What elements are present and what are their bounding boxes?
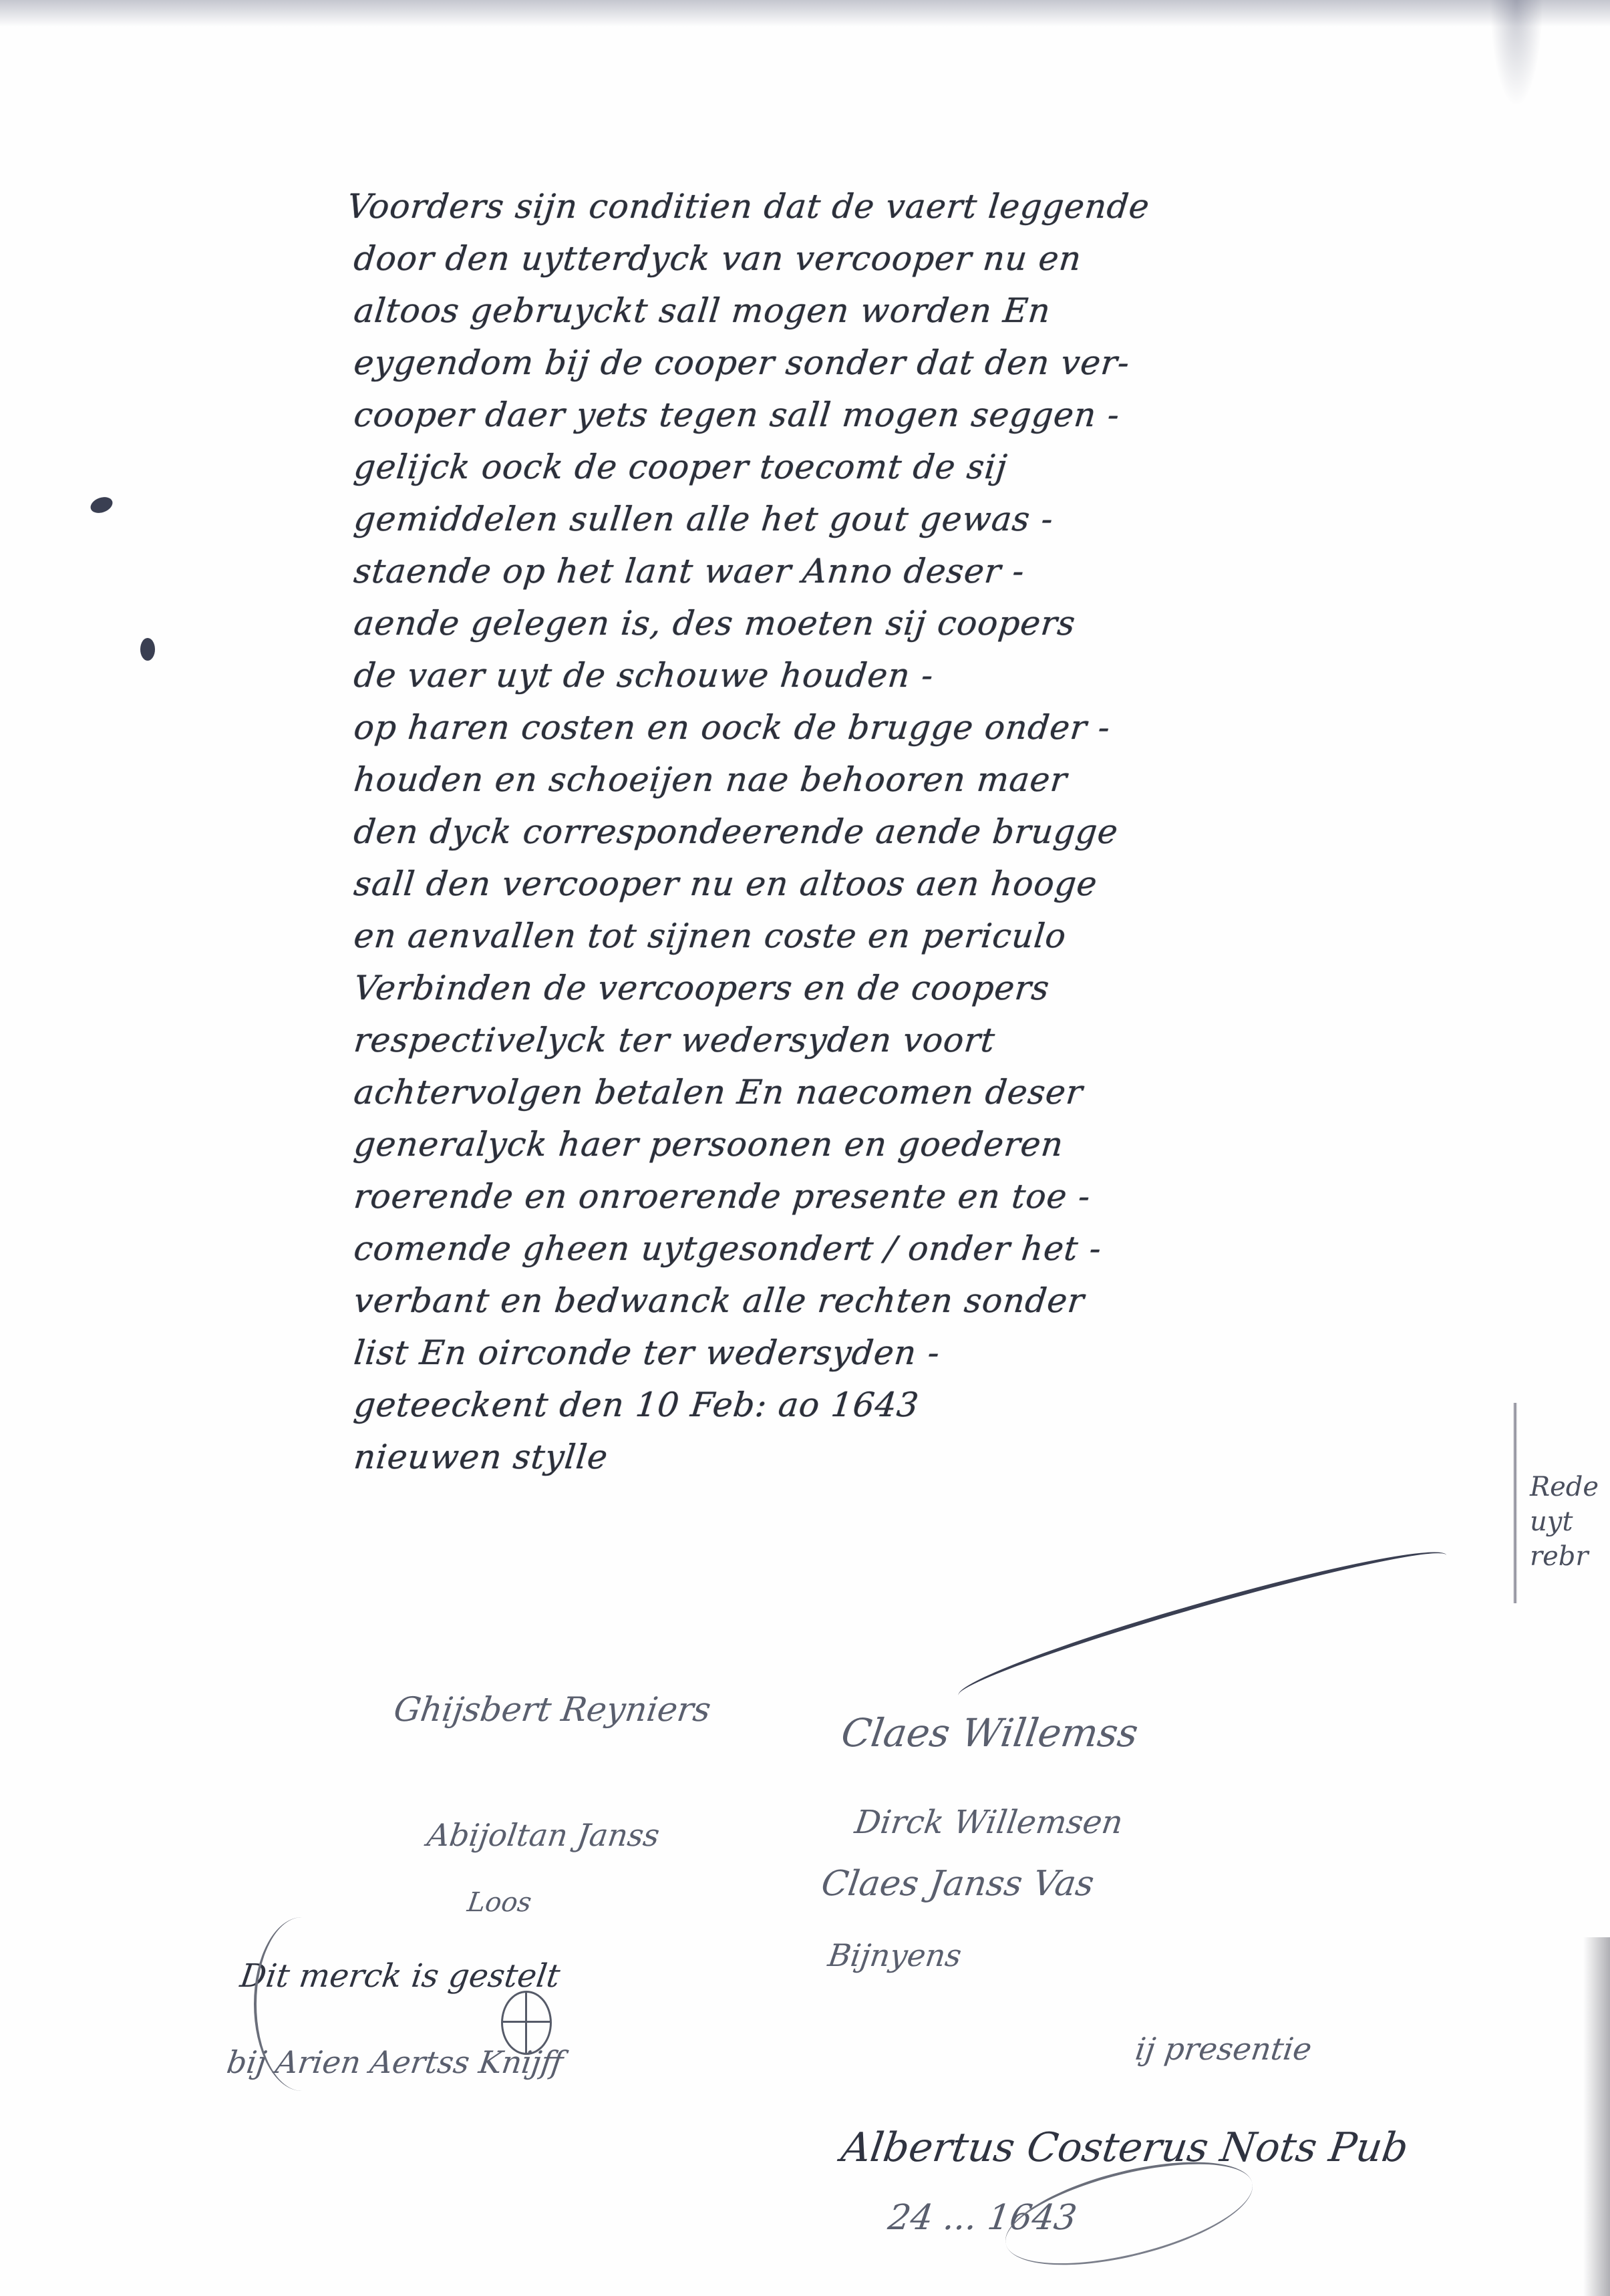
text-line: roerende en onroerende presente en toe - [345, 1170, 1479, 1222]
text-line: gelijck oock de cooper toecomt de sij [345, 441, 1479, 493]
text-line: altoos gebruyckt sall mogen worden En [345, 285, 1479, 337]
margin-note-line: rebr [1530, 1539, 1610, 1574]
scan-shadow-blob [1490, 0, 1543, 107]
signature-claes-willemss: Claes Willemss [838, 1710, 1141, 1756]
signature-loos: Loos [466, 1887, 534, 1918]
margin-note-line: uyt [1530, 1504, 1610, 1539]
signature-abijoltan: Abijoltan Janss [425, 1817, 662, 1853]
text-line: gemiddelen sullen alle het gout gewas - [345, 493, 1479, 545]
signature-bijnyens: Bijnyens [826, 1937, 963, 1973]
text-line: generalyck haer persoonen en goederen [345, 1118, 1479, 1170]
deed-body-text: Voorders sijn conditien dat de vaert leg… [347, 180, 1476, 1483]
text-line: Voorders sijn conditien dat de vaert leg… [345, 180, 1479, 232]
text-line: door den uytterdyck van vercooper nu en [345, 232, 1479, 285]
text-line: sall den vercooper nu en altoos aen hoog… [345, 858, 1479, 910]
text-line: en aenvallen tot sijnen coste en pericul… [345, 910, 1479, 962]
text-line: eygendom bij de cooper sonder dat den ve… [345, 337, 1479, 389]
text-line: nieuwen stylle [345, 1431, 1479, 1483]
page-fold-line [1513, 1403, 1517, 1603]
ink-blot [140, 638, 155, 661]
signature-flourish [254, 1917, 350, 2091]
notary-signature: Albertus Costerus Nots Pub [838, 2124, 1411, 2171]
text-line: staende op het lant waer Anno deser - [345, 545, 1479, 597]
text-line: list En oirconde ter wedersyden - [345, 1327, 1479, 1379]
text-line: geteeckent den 10 Feb: ao 1643 [345, 1379, 1479, 1431]
signature-claes-janss-vas: Claes Janss Vas [819, 1864, 1097, 1904]
signature-ghijsbert: Ghijsbert Reyniers [391, 1690, 713, 1729]
margin-note-line: Rede [1530, 1470, 1610, 1504]
text-line: houden en schoeijen nae behooren maer [345, 754, 1479, 806]
text-line: de vaer uyt de schouwe houden - [345, 649, 1479, 701]
notary-presence-note: ij presentie [1133, 2031, 1314, 2067]
text-line: den dyck correspondeerende aende brugge [345, 806, 1479, 858]
text-line: achtervolgen betalen En naecomen deser [345, 1066, 1479, 1118]
margin-note: Rede uyt rebr [1530, 1470, 1610, 1574]
signature-dirck-willemsen: Dirck Willemsen [852, 1804, 1125, 1841]
text-line: cooper daer yets tegen sall mogen seggen… [345, 389, 1479, 441]
text-line: respectivelyck ter wedersyden voort [345, 1014, 1479, 1066]
document-page: Voorders sijn conditien dat de vaert leg… [0, 0, 1610, 2296]
ink-blot [88, 494, 114, 516]
scan-top-shadow [0, 0, 1610, 27]
text-line: Verbinden de vercoopers en de coopers [345, 962, 1479, 1014]
text-line: aende gelegen is, des moeten sij coopers [345, 597, 1479, 649]
text-line: comende gheen uytgesondert / onder het - [345, 1222, 1479, 1275]
text-line: op haren costen en oock de brugge onder … [345, 701, 1479, 754]
text-line: verbant en bedwanck alle rechten sonder [345, 1275, 1479, 1327]
scan-right-edge-shadow [1583, 1937, 1610, 2296]
closing-flourish [953, 1534, 1453, 1717]
